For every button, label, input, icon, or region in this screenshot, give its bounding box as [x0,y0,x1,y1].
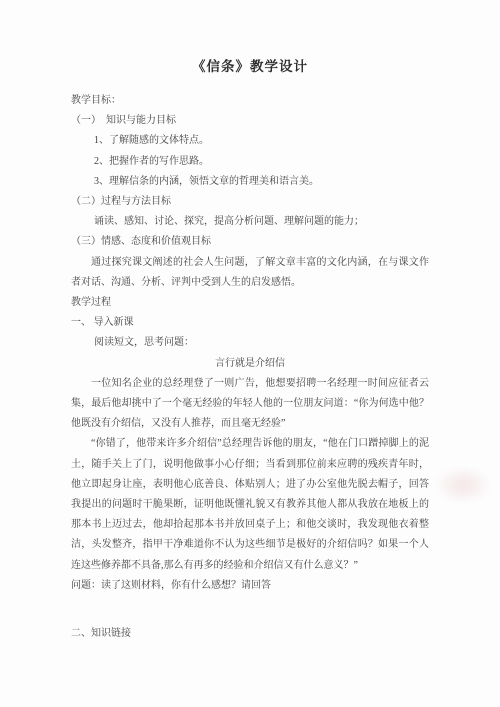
document-title: 《信条》教学设计 [71,57,429,77]
goal-section-2-content: 诵读、感知、讨论、探究，提高分析问题、理解问题的能力； [71,212,429,232]
story-paragraph-2: “你错了，他带来许多介绍信”总经理告诉他的朋友，“他在门口蹭掉脚上的泥土，随手关… [71,434,429,575]
question-prompt: 问题：读了这则材料，你有什么感想？请回答 [71,576,429,596]
teaching-process-heading: 教学过程 [71,293,429,313]
faint-watermark [436,467,490,503]
teaching-goals-heading: 教学目标： [71,91,429,111]
goal-item-1: 1、了解随感的文体特点。 [71,131,429,151]
goal-section-3-heading: （三）情感、态度和价值观目标 [71,232,429,252]
story-paragraph-1: 一位知名企业的总经理登了一则广告，他想要招聘一名经理一时间应征者云集，最后他却挑… [71,374,429,435]
document-content: 《信条》教学设计 教学目标： （一） 知识与能力目标 1、了解随感的文体特点。 … [71,57,429,644]
goal-section-1-heading: （一） 知识与能力目标 [71,111,429,131]
goal-item-3: 3、理解信条的内涵，领悟文章的哲理美和语言美。 [71,172,429,192]
goal-section-2-heading: （二）过程与方法目标 [71,192,429,212]
step-1-heading: 一、 导入新课 [71,313,429,333]
goal-section-3-content: 通过探究课文阐述的社会人生问题，了解文章丰富的文化内涵，在与课文作者对话、沟通、… [71,253,429,293]
step-2-heading: 二、知识链接 [71,624,429,644]
story-title: 言行就是介绍信 [71,354,429,374]
reading-instruction: 阅读短文，思考问题： [71,333,429,353]
goal-item-2: 2、把握作者的写作思路。 [71,152,429,172]
document-page: 《信条》教学设计 教学目标： （一） 知识与能力目标 1、了解随感的文体特点。 … [0,0,500,707]
